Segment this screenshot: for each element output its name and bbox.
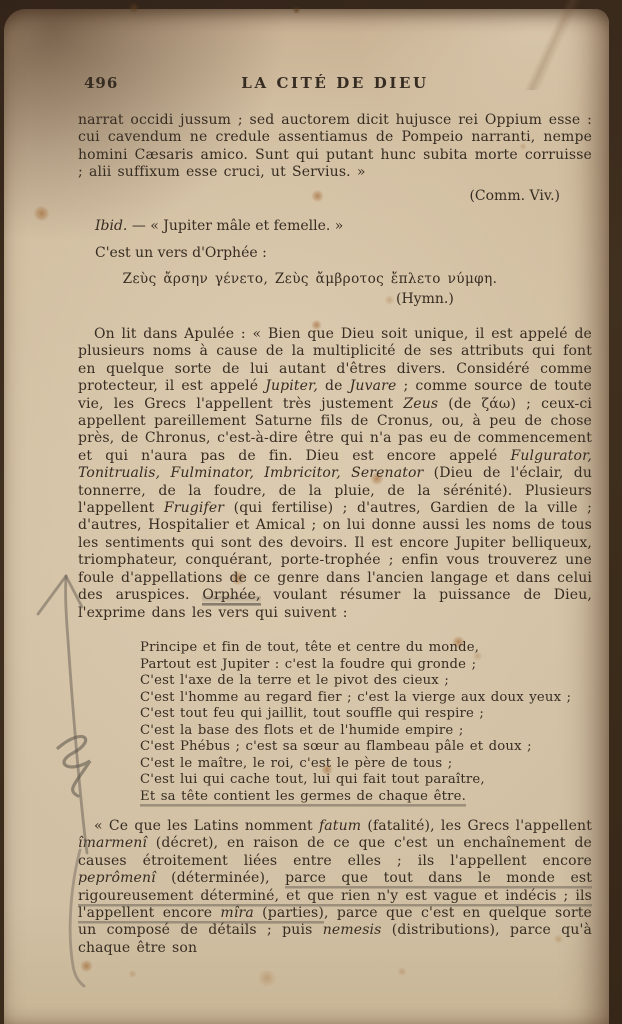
- verse-line-text: Et sa tête contient les germes de chaque…: [140, 789, 466, 804]
- text-run: (parties): [254, 905, 324, 921]
- verse-line-text: C'est la base des flots et de l'humide e…: [140, 723, 463, 738]
- running-title: LA CITÉ DE DIEU: [78, 74, 592, 92]
- text-run: Frugifer: [164, 500, 224, 516]
- text-run: Juvare: [350, 378, 397, 394]
- text-run: — « Jupiter mâle et femelle. »: [127, 218, 343, 234]
- verse-line: Partout est Jupiter : c'est la foudre qu…: [140, 657, 571, 674]
- apulee-paragraph: On lit dans Apulée : « Bien que Dieu soi…: [78, 326, 592, 622]
- text-run: nemesis: [323, 922, 382, 938]
- verse-line-text: C'est l'axe de la terre et le pivot des …: [140, 673, 449, 688]
- verse-line-text: C'est Phébus ; c'est sa sœur au flambeau…: [140, 739, 532, 754]
- verse-line-text: C'est tout feu qui jaillit, tout souffle…: [140, 706, 484, 721]
- verse-line-text: Partout est Jupiter : c'est la foudre qu…: [140, 657, 476, 672]
- text-run: peprômenî: [78, 870, 156, 886]
- verse-line: C'est la base des flots et de l'humide e…: [140, 723, 571, 740]
- text-run: mîra: [220, 905, 253, 921]
- verse-line: C'est l'axe de la terre et le pivot des …: [140, 673, 571, 690]
- fatum-paragraph: « Ce que les Latins nomment fatum (fatal…: [78, 818, 592, 957]
- greek-verse: Ζεὺς ἄρσην γένετο, Ζεὺς ἄμβροτος ἔπλετο …: [78, 271, 592, 287]
- verse-line: Principe et fin de tout, tête et centre …: [140, 640, 571, 657]
- verse-line-text: C'est le maître, le roi, c'est le père d…: [140, 756, 452, 771]
- text-run: Orphée,: [202, 587, 260, 603]
- verse-line: C'est lui qui cache tout, lui qui fait t…: [140, 772, 571, 789]
- verse-line-text: C'est l'homme au regard fier ; c'est la …: [140, 690, 571, 705]
- latin-paragraph: narrat occidi jussum ; sed auctorem dici…: [78, 112, 592, 182]
- verse-line: C'est l'homme au regard fier ; c'est la …: [140, 690, 571, 707]
- jupiter-verse: Principe et fin de tout, tête et centre …: [140, 640, 571, 805]
- verse-line: C'est le maître, le roi, c'est le père d…: [140, 756, 571, 773]
- verse-line: Et sa tête contient les germes de chaque…: [140, 789, 571, 806]
- text-run: îmarmenî: [78, 835, 147, 851]
- ibid-line: Ibid. — « Jupiter mâle et femelle. »: [95, 218, 343, 234]
- text-run: « Ce que les Latins nomment: [94, 818, 319, 834]
- text-run: Jupiter,: [265, 378, 318, 394]
- text-run: fatum: [319, 818, 361, 834]
- text-run: Ibid.: [95, 218, 127, 234]
- verse-line-text: Principe et fin de tout, tête et centre …: [140, 640, 479, 655]
- latin-attribution: (Comm. Viv.): [78, 188, 592, 204]
- page-header: 496 LA CITÉ DE DIEU: [78, 74, 592, 94]
- text-run: (déterminée),: [156, 870, 285, 886]
- verse-line: C'est Phébus ; c'est sa sœur au flambeau…: [140, 739, 571, 756]
- greek-attribution: (Hymn.): [396, 291, 454, 307]
- verse-line: C'est tout feu qui jaillit, tout souffle…: [140, 706, 571, 723]
- text-run: de: [318, 378, 350, 394]
- verse-line-text: C'est lui qui cache tout, lui qui fait t…: [140, 772, 485, 787]
- text-run: (décret), en raison de ce que c'est un e…: [78, 835, 592, 868]
- text-run: (fatalité), les Grecs l'appellent: [361, 818, 592, 834]
- book-page-photo: 496 LA CITÉ DE DIEU narrat occidi jussum…: [0, 0, 622, 1024]
- orphee-intro: C'est un vers d'Orphée :: [95, 245, 267, 261]
- text-run: Zeus: [403, 396, 438, 412]
